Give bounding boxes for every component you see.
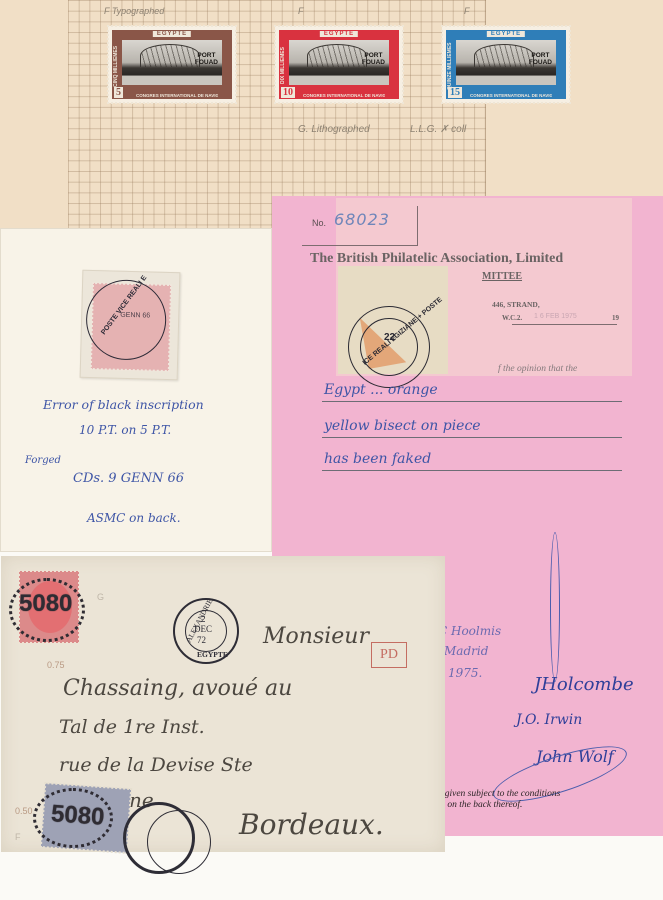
pencil-price-top: 0.75: [47, 660, 65, 670]
stamp-frame: EGYPTE DIX MILLIEMES PORT FOUAD 10 CONGR…: [279, 30, 399, 99]
overprint: PORT FOUAD: [529, 52, 552, 66]
stamp-10-milliemes[interactable]: EGYPTE DIX MILLIEMES PORT FOUAD 10 CONGR…: [275, 26, 403, 103]
annotation-name: C Hoolmis: [438, 624, 501, 638]
stamp-frame: EGYPTE QUINZE MILLIEMES PORT FOUAD 15 CO…: [446, 30, 566, 99]
ship-sail-icon: [307, 44, 367, 67]
address-line3: rue de la Devise Ste: [59, 754, 253, 776]
opinion-rule: [322, 437, 622, 438]
address-line2: Tal de 1re Inst.: [59, 716, 205, 738]
cds-year: 72: [197, 635, 206, 645]
stamp-country: EGYPTE: [153, 31, 191, 37]
note-line2: 10 P.T. on 5 P.T.: [79, 423, 171, 437]
address-name: Chassaing, avoué au: [63, 676, 292, 701]
heading-typographed: F Typographed: [104, 6, 164, 16]
address-salutation: Monsieur: [263, 624, 369, 649]
stamp-frame: EGYPTE CINQ MILLIEMES PORT FOUAD 5 CONGR…: [112, 30, 232, 99]
numeral-cancel-bottom: 5080: [50, 800, 105, 832]
stamp-bottom-text: CONGRES INTERNATIONAL DE NAVIGATION: [136, 93, 218, 98]
stamp-side-text: DIX MILLIEMES: [280, 40, 288, 92]
ship-vignette: PORT FOUAD: [456, 40, 556, 85]
heading-f3: F: [464, 6, 470, 16]
committee-heading: MITTEE: [482, 271, 522, 282]
organisation-name: The British Philatelic Association, Limi…: [310, 251, 563, 267]
cds-bottom-ring-2: [147, 810, 211, 874]
year-prefix: 19: [612, 314, 619, 322]
annotation-city: Madrid: [444, 644, 488, 658]
date-line: [512, 324, 617, 325]
stamp-value: 5: [114, 87, 123, 98]
pencil-price-bottom: 0.50: [15, 806, 33, 816]
stamp-bottom-text: CONGRES INTERNATIONAL DE NAVIGATION: [470, 93, 552, 98]
opinion-handwriting-3: has been faked: [324, 451, 431, 467]
ship-sail-icon: [474, 44, 534, 67]
pencil-grade-bottom: F: [15, 832, 21, 842]
cds-month: DEC: [194, 624, 212, 634]
note-line1: Error of black inscription: [43, 397, 204, 412]
heading-f2: F: [298, 6, 304, 16]
cds-day: 2: [201, 614, 206, 624]
note-forged: Forged: [25, 455, 61, 466]
stamp-value: 15: [448, 87, 462, 98]
stamp-5-milliemes[interactable]: EGYPTE CINQ MILLIEMES PORT FOUAD 5 CONGR…: [108, 26, 236, 103]
certificate-number-label: No.: [312, 218, 326, 228]
note-line3: CDs. 9 GENN 66: [73, 471, 184, 486]
cds-country: EGYPTE: [197, 650, 228, 659]
stamp-side-text: CINQ MILLIEMES: [113, 40, 121, 92]
date-stamp: 1 6 FEB 1975: [534, 313, 577, 320]
ship-vignette: PORT FOUAD: [289, 40, 389, 85]
ship-vignette: PORT FOUAD: [122, 40, 222, 85]
opinion-rule: [322, 401, 622, 402]
pencil-grade-top: G: [97, 592, 104, 602]
card-cancel-date: GENN 66: [120, 312, 150, 321]
address-line2: W.C.2.: [502, 314, 522, 322]
stamp-country: EGYPTE: [487, 31, 525, 37]
expert-card[interactable]: POSTE VICE REALI E GENN 66 Error of blac…: [0, 228, 272, 552]
stamp-value: 10: [281, 87, 295, 98]
address-line1: 446, STRAND,: [492, 300, 540, 309]
note-line4: ASMC on back.: [87, 511, 181, 525]
opinion-text: f the opinion that the: [498, 364, 577, 374]
annotation-year: 1975.: [448, 666, 482, 680]
address-city: Bordeaux.: [239, 808, 384, 841]
overprint: PORT FOUAD: [195, 52, 218, 66]
envelope-cover[interactable]: 5080 G 0.75 ALEXANDRIE 2 DEC 72 EGYPTE P…: [1, 556, 445, 852]
opinion-handwriting-1: Egypt ... orange: [324, 382, 438, 398]
note-lithographed: G. Lithographed: [298, 124, 370, 135]
overprint: PORT FOUAD: [362, 52, 385, 66]
certificate-number: 68023: [334, 210, 390, 229]
stamp-side-text: QUINZE MILLIEMES: [447, 40, 455, 92]
stamp-mount[interactable]: POSTE VICE REALI E GENN 66: [80, 270, 181, 381]
stamp-country: EGYPTE: [320, 31, 358, 37]
opinion-rule: [322, 470, 622, 471]
numeral-cancel-top: 5080: [19, 590, 72, 618]
bisect-cancel-day: 22: [384, 332, 395, 343]
stamp-15-milliemes[interactable]: EGYPTE QUINZE MILLIEMES PORT FOUAD 15 CO…: [442, 26, 570, 103]
ship-sail-icon: [140, 44, 200, 67]
opinion-handwriting-2: yellow bisect on piece: [324, 418, 481, 434]
pd-mark: PD: [371, 642, 407, 668]
signature-1: JHolcombe: [534, 674, 634, 695]
stamp-bottom-text: CONGRES INTERNATIONAL DE NAVIGATION: [303, 93, 385, 98]
note-pencil-price: L.L.G. ✗ coll: [410, 124, 466, 135]
signature-stroke: [550, 532, 560, 682]
conditions-text: is given subject to the conditions ed on…: [436, 789, 560, 811]
signature-2: J.O. Irwin: [516, 712, 582, 728]
